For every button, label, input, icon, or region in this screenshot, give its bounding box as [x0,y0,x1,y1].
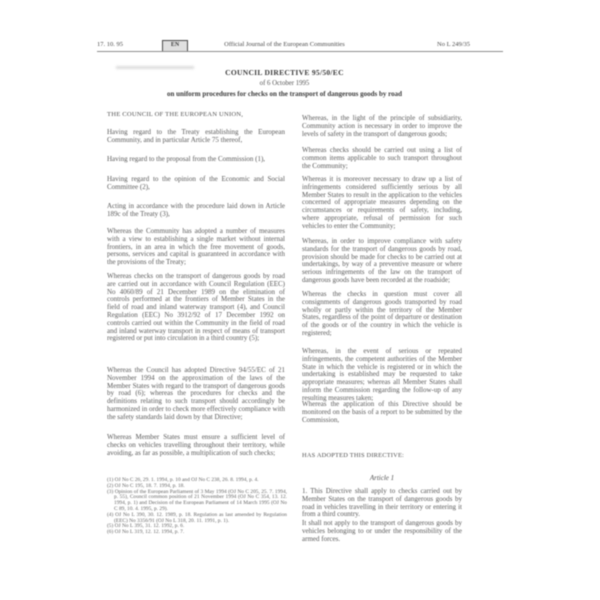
recital-paragraph: Whereas it is moreover necessary to draw… [302,176,462,231]
citation-paragraph: Having regard to the Treaty establishing… [107,129,285,145]
recital-paragraph: Whereas the Council has adopted Directiv… [107,367,285,422]
enacting-formula: HAS ADOPTED THIS DIRECTIVE: [302,452,462,460]
recital-paragraph: Whereas the Community has adopted a numb… [107,228,285,267]
recital-paragraph: Whereas the checks in question must cove… [302,291,462,338]
article-paragraph: It shall not apply to the transport of d… [302,520,462,543]
directive-subject: on uniform procedures for checks on the … [107,90,462,98]
scanned-sheet: 17. 10. 95 EN Official Journal of the Eu… [0,0,600,600]
recital-paragraph: Whereas checks on the transport of dange… [107,273,285,343]
article-paragraph: 1. This Directive shall apply to checks … [302,488,462,519]
header-rule [97,51,503,52]
citation-paragraph: Having regard to the proposal from the C… [107,156,285,164]
recital-paragraph: Whereas, in the event of serious or repe… [302,348,462,403]
directive-title-block: COUNCIL DIRECTIVE 95/50/EC of 6 October … [107,68,462,102]
issue-reference: No L 249/35 [402,41,470,48]
recital-paragraph: Whereas, in order to improve compliance … [302,238,462,285]
preamble-intro: THE COUNCIL OF THE EUROPEAN UNION, [107,111,285,119]
citation-paragraph: Having regard to the opinion of the Econ… [107,176,285,192]
recital-paragraph: Whereas Member States must ensure a suff… [107,434,285,457]
recital-paragraph: Whereas checks should be carried out usi… [302,147,462,170]
footnotes-block: (1) OJ No C 26, 29. 1. 1994, p. 10 and O… [107,478,287,536]
article-heading: Article 1 [302,475,462,483]
recital-paragraph: Whereas the application of this Directiv… [302,401,462,424]
footnote: (6) OJ No L 319, 12. 12. 1994, p. 7. [107,530,287,536]
directive-title: COUNCIL DIRECTIVE 95/50/EC [107,68,462,77]
citation-paragraph: Acting in accordance with the procedure … [107,203,285,219]
recital-paragraph: Whereas, in the light of the principle o… [302,115,462,138]
footnote: (3) Opinion of the European Parliament o… [107,490,287,513]
document-scan-page: 17. 10. 95 EN Official Journal of the Eu… [0,0,600,600]
directive-date: of 6 October 1995 [107,80,462,87]
